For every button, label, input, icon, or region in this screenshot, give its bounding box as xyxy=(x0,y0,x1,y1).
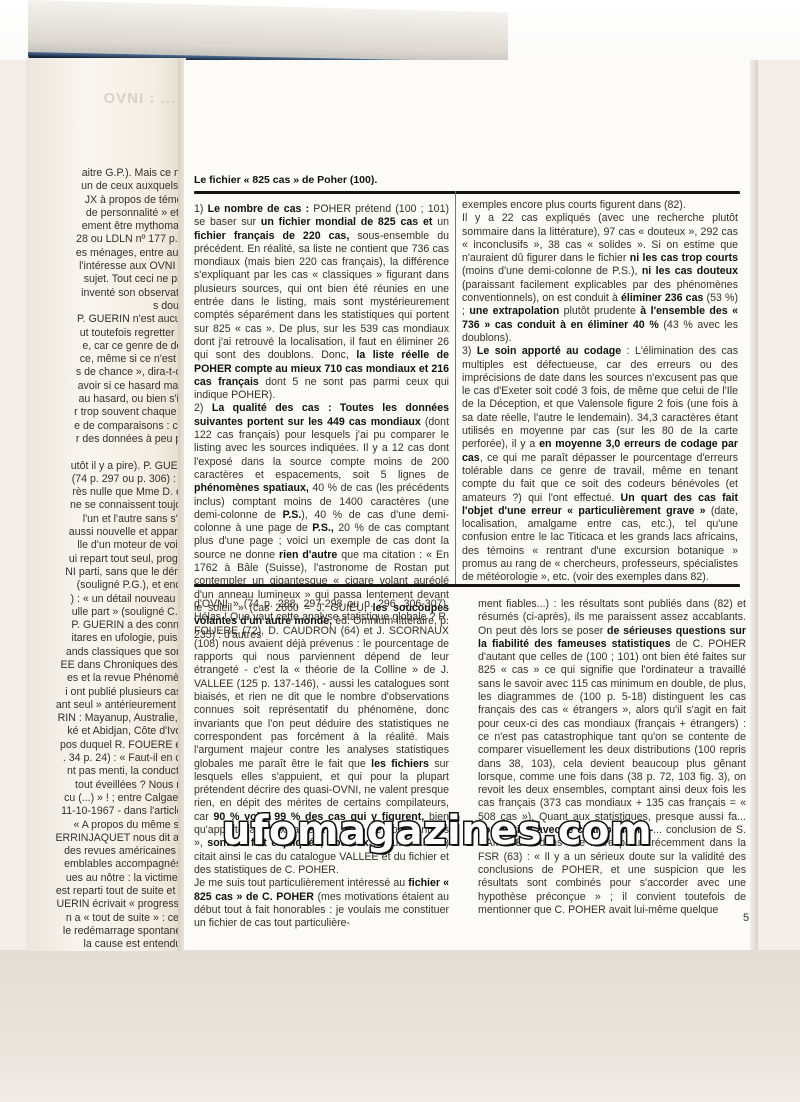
text-line: ne se connaissent toujours xyxy=(30,499,178,512)
text-line: avoir si ce hasard malen- xyxy=(30,380,178,393)
scan-background-bottom xyxy=(0,950,800,1102)
text-line: le redémarrage spontané du xyxy=(30,925,178,938)
text-line: . 34 p. 24) : « Faut-il en con- xyxy=(30,752,178,765)
text-line: (74 p. 297 ou p. 306) : « la xyxy=(30,473,178,486)
right-page-edge xyxy=(750,60,758,950)
text-line: l'intéresse aux OVNI et a xyxy=(30,260,178,273)
text-line xyxy=(30,446,178,459)
left-page-text-column: aitre G.P.). Mais ce n'estun de ceux aux… xyxy=(30,167,178,951)
text-line: es ménages, entre autres xyxy=(30,247,178,260)
text-line: de personnalité » et qui xyxy=(30,207,178,220)
text-line: i ont publié plusieurs cas de xyxy=(30,686,178,699)
text-line: aussi nouvelle et apparem- xyxy=(30,526,178,539)
text-line: lle d'un moteur de voiture xyxy=(30,539,178,552)
text-line: tout éveillées ? Nous n'en xyxy=(30,779,178,792)
text-line: ement être mythomanes xyxy=(30,220,178,233)
text-line: ues au nôtre : la victime dé- xyxy=(30,872,178,885)
paragraph: ment fiables...) : les résultats sont pu… xyxy=(478,598,746,917)
text-line: 28 ou LDLN nº 177 p. 9) ; xyxy=(30,233,178,246)
paragraph: 3) Le soin apporté au codage : L'élimina… xyxy=(462,345,738,584)
middle-rule xyxy=(194,584,740,587)
lower-left-text-column: d'OVNI » (74 p. 288, 297-298 ou p. 296, … xyxy=(194,598,449,930)
text-line: JX à propos de témoins xyxy=(30,194,178,207)
lower-right-text-column: ment fiables...) : les résultats sont pu… xyxy=(478,598,746,917)
text-line: inventé son observation, xyxy=(30,287,178,300)
text-line: UERIN écrivait « progressive- xyxy=(30,898,178,911)
text-line: ) : « un détail nouveau que xyxy=(30,593,178,606)
text-line: utôt il y a pire). P. GUERIN xyxy=(30,460,178,473)
text-line: ui repart tout seul, progres- xyxy=(30,553,178,566)
text-line: aitre G.P.). Mais ce n'est xyxy=(30,167,178,180)
text-line: ant seul » antérieurement aux xyxy=(30,699,178,712)
paragraph: exemples encore plus courts figurent dan… xyxy=(462,199,738,212)
top-rule xyxy=(194,191,740,194)
text-line: l'un et l'autre sans s'être xyxy=(30,513,178,526)
text-line: r trop souvent chaque fois xyxy=(30,406,178,419)
text-line: itares en ufologie, puisqu'il xyxy=(30,632,178,645)
text-line: la cause est entendue... xyxy=(30,938,178,951)
text-line: s doutes. xyxy=(30,300,178,313)
left-page: OVNI : ... aitre G.P.). Mais ce n'estun … xyxy=(26,58,178,951)
text-line: pos duquel R. FOUERE écri- xyxy=(30,739,178,752)
text-line: cu (...) » ! ; entre Calgaen et xyxy=(30,792,178,805)
text-line: 11-10-1967 - dans l'article R. xyxy=(30,805,178,818)
text-line: NI parti, sans que le démar- xyxy=(30,566,178,579)
text-line: un de ceux auxquels fai- xyxy=(30,180,178,193)
text-line: est reparti tout de suite et tout xyxy=(30,885,178,898)
text-line: n a « tout de suite » : ce qui xyxy=(30,912,178,925)
text-line: RIN : Mayanup, Australie, 31- xyxy=(30,712,178,725)
text-line: nt pas menti, la conductrice xyxy=(30,765,178,778)
upper-column-divider xyxy=(455,191,456,584)
text-line: ands classiques que sont le xyxy=(30,646,178,659)
text-line: « A propos du même sujet xyxy=(30,819,178,832)
text-line: au hasard, ou bien s'il ne xyxy=(30,393,178,406)
text-line: ké et Abidjan, Côte d'Ivoire, xyxy=(30,725,178,738)
page-number: 5 xyxy=(743,912,749,924)
text-line: sujet. Tout ceci ne prou- xyxy=(30,273,178,286)
section-title: Le fichier « 825 cas » de Poher (100). xyxy=(194,174,377,186)
text-line: ERRINJAQUET nous dit avoir xyxy=(30,832,178,845)
text-line: (souligné P.G.), et encore xyxy=(30,579,178,592)
watermark-logo: ufomagazines.com xyxy=(222,808,652,854)
paragraph: 1) Le nombre de cas : POHER prétend (100… xyxy=(194,203,449,402)
text-line: emblables accompagnés de xyxy=(30,858,178,871)
text-line: EE dans Chroniques des ap- xyxy=(30,659,178,672)
text-line: e de comparaisons : com- xyxy=(30,420,178,433)
upper-left-text-column: 1) Le nombre de cas : POHER prétend (100… xyxy=(194,203,449,642)
text-line: ut toutefois regretter qu'il xyxy=(30,327,178,340)
upper-right-text-column: exemples encore plus courts figurent dan… xyxy=(462,199,738,585)
paragraph: Je me suis tout particulièrement intéres… xyxy=(194,877,449,930)
text-line: e, car ce genre de détail xyxy=(30,340,178,353)
paragraph: Il y a 22 cas expliqués (avec une recher… xyxy=(462,212,738,345)
text-line: P. GUERIN a des connais- xyxy=(30,619,178,632)
text-line: r des données à peu près xyxy=(30,433,178,446)
text-line: des revues américaines des xyxy=(30,845,178,858)
text-line: P. GUERIN n'est aucune- xyxy=(30,313,178,326)
text-line: rès nulle que Mme D. et le xyxy=(30,486,178,499)
text-line: ulle part » (souligné C.M.). xyxy=(30,606,178,619)
text-line: es et la revue Phénomènes xyxy=(30,672,178,685)
left-page-faded-title: OVNI : ... xyxy=(26,90,176,107)
text-line: s de chance », dira-t-on... xyxy=(30,366,178,379)
text-line: ce, même si ce n'est pas xyxy=(30,353,178,366)
